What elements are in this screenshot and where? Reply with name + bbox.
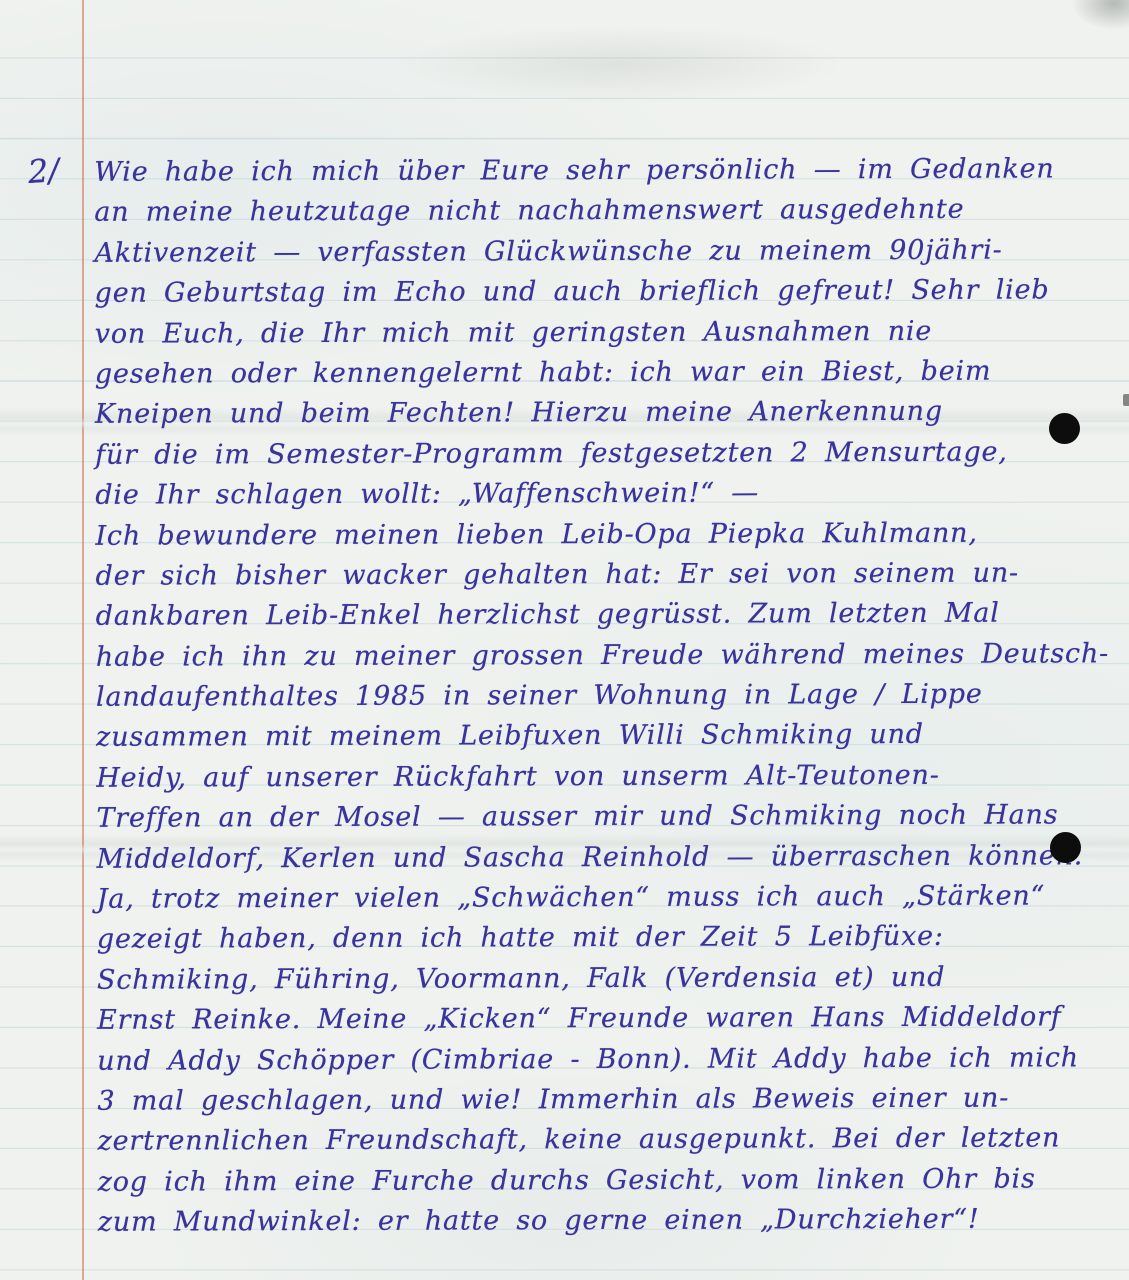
handwritten-line: habe ich ihn zu meiner grossen Freude wä… [96, 634, 1106, 678]
handwritten-line: gen Geburtstag im Echo und auch brieflic… [95, 270, 1105, 314]
handwritten-line: Kneipen und beim Fechten! Hierzu meine A… [95, 392, 1105, 436]
hole-punch-bottom [1050, 832, 1081, 863]
handwritten-line: und Addy Schöpper (Cimbriae - Bonn). Mit… [97, 1038, 1107, 1082]
scanned-letter-page: 2/ Wie habe ich mich über Eure sehr pers… [0, 0, 1129, 1280]
handwritten-line: Wie habe ich mich über Eure sehr persönl… [94, 149, 1104, 193]
handwritten-line: zertrennlichen Freundschaft, keine ausge… [97, 1119, 1107, 1163]
handwritten-line: landaufenthaltes 1985 in seiner Wohnung … [96, 674, 1106, 718]
handwritten-line: für die im Semester-Programm festgesetzt… [95, 432, 1105, 476]
letter-body: Wie habe ich mich über Eure sehr persönl… [94, 149, 1108, 1243]
handwritten-line: 3 mal geschlagen, und wie! Immerhin als … [97, 1078, 1107, 1122]
handwritten-line: Schmiking, Führing, Voormann, Falk (Verd… [97, 957, 1107, 1001]
handwritten-line: Treffen an der Mosel — ausser mir und Sc… [96, 795, 1106, 839]
handwritten-line: Ernst Reinke. Meine „Kicken“ Freunde war… [97, 997, 1107, 1041]
handwritten-line: Middeldorf, Kerlen und Sascha Reinhold —… [96, 836, 1106, 880]
handwritten-line: zum Mundwinkel: er hatte so gerne einen … [98, 1199, 1108, 1243]
handwritten-line: gezeigt haben, denn ich hatte mit der Ze… [97, 917, 1107, 961]
handwritten-line: gesehen oder kennengelernt habt: ich war… [95, 351, 1105, 395]
handwritten-line: dankbaren Leib-Enkel herzlichst gegrüsst… [96, 594, 1106, 638]
handwritten-line: zusammen mit meinem Leibfuxen Willi Schm… [96, 715, 1106, 759]
margin-line [82, 0, 84, 1280]
page-number: 2/ [27, 151, 61, 191]
scan-smudge [300, 20, 940, 130]
page-edge-mark [1123, 394, 1129, 406]
handwritten-line: von Euch, die Ihr mich mit geringsten Au… [95, 311, 1105, 355]
hole-punch-top [1049, 413, 1080, 444]
handwritten-line: Aktivenzeit — verfassten Glückwünsche zu… [94, 230, 1104, 274]
handwritten-line: Ja, trotz meiner vielen „Schwächen“ muss… [97, 876, 1107, 920]
handwritten-line: der sich bisher wacker gehalten hat: Er … [96, 553, 1106, 597]
handwritten-line: Heidy, auf unserer Rückfahrt von unserm … [96, 755, 1106, 799]
handwritten-line: an meine heutzutage nicht nachahmenswert… [94, 190, 1104, 234]
handwritten-line: Ich bewundere meinen lieben Leib-Opa Pie… [95, 513, 1105, 557]
scan-smudge-corner [1037, 0, 1129, 52]
handwritten-line: zog ich ihm eine Furche durchs Gesicht, … [98, 1159, 1108, 1203]
handwritten-line: die Ihr schlagen wollt: „Waffenschwein!“… [95, 472, 1105, 516]
